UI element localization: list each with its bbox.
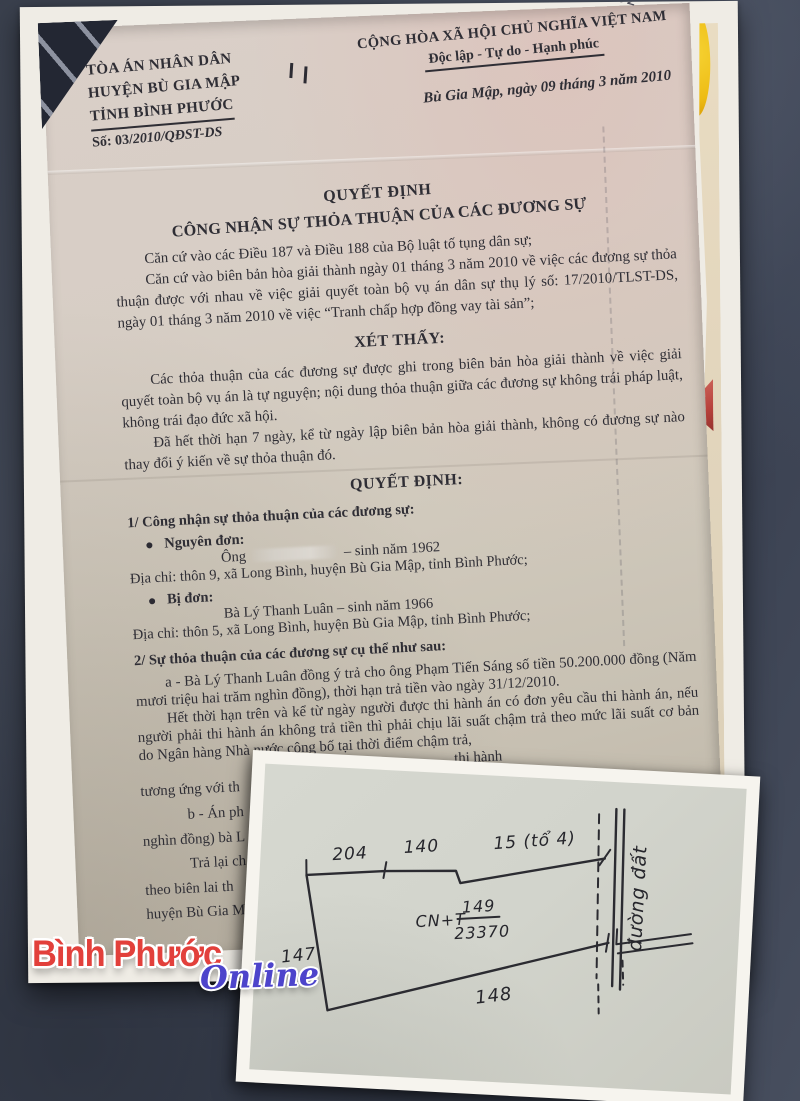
dim-top-3: 15 (tổ 4)	[493, 827, 577, 854]
road-name-label: đường đất	[624, 844, 652, 952]
parcel-denominator: 23370	[454, 921, 511, 943]
tick-top-right	[599, 849, 610, 866]
redacted-name	[252, 545, 337, 562]
tick-204-140	[383, 862, 386, 878]
corner-tick-left	[305, 860, 307, 876]
land-sketch-photo: 204 140 15 (tổ 4) 147 148 CN+T 149 23370…	[236, 750, 761, 1101]
photo-background: 02 TÒA ÁN NHÂN DÂN HUYỆN BÙ GIA MẬP TỈNH…	[0, 0, 800, 1101]
parcel-numerator: 149	[461, 896, 495, 917]
watermark-online: Online	[199, 955, 319, 997]
road-dashed-edge	[591, 814, 606, 978]
dim-bottom: 148	[474, 983, 514, 1008]
court-header-block: TÒA ÁN NHÂN DÂN HUYỆN BÙ GIA MẬP TỈNH BÌ…	[85, 42, 304, 154]
parcel-id-group: CN+T 149 23370	[414, 895, 510, 945]
watermark-binh-phuoc: Bình Phước	[32, 933, 221, 975]
bullet-icon	[146, 542, 152, 548]
plaintiff-prefix: Ông	[221, 549, 247, 566]
land-plot-sketch: 204 140 15 (tổ 4) 147 148 CN+T 149 23370…	[249, 764, 746, 1095]
plaintiff-label: Nguyên đơn:	[164, 532, 245, 552]
bullet-icon	[149, 598, 155, 604]
national-header-block: CỘNG HÒA XÃ HỘI CHỦ NGHĨA VIỆT NAM Độc l…	[307, 3, 722, 118]
defendant-label: Bị đơn:	[167, 589, 214, 607]
dim-top-2: 140	[403, 836, 439, 858]
dim-top-1: 204	[332, 843, 368, 865]
sketch-paper: 204 140 15 (tổ 4) 147 148 CN+T 149 23370…	[249, 764, 746, 1095]
road-line-1	[607, 809, 621, 986]
